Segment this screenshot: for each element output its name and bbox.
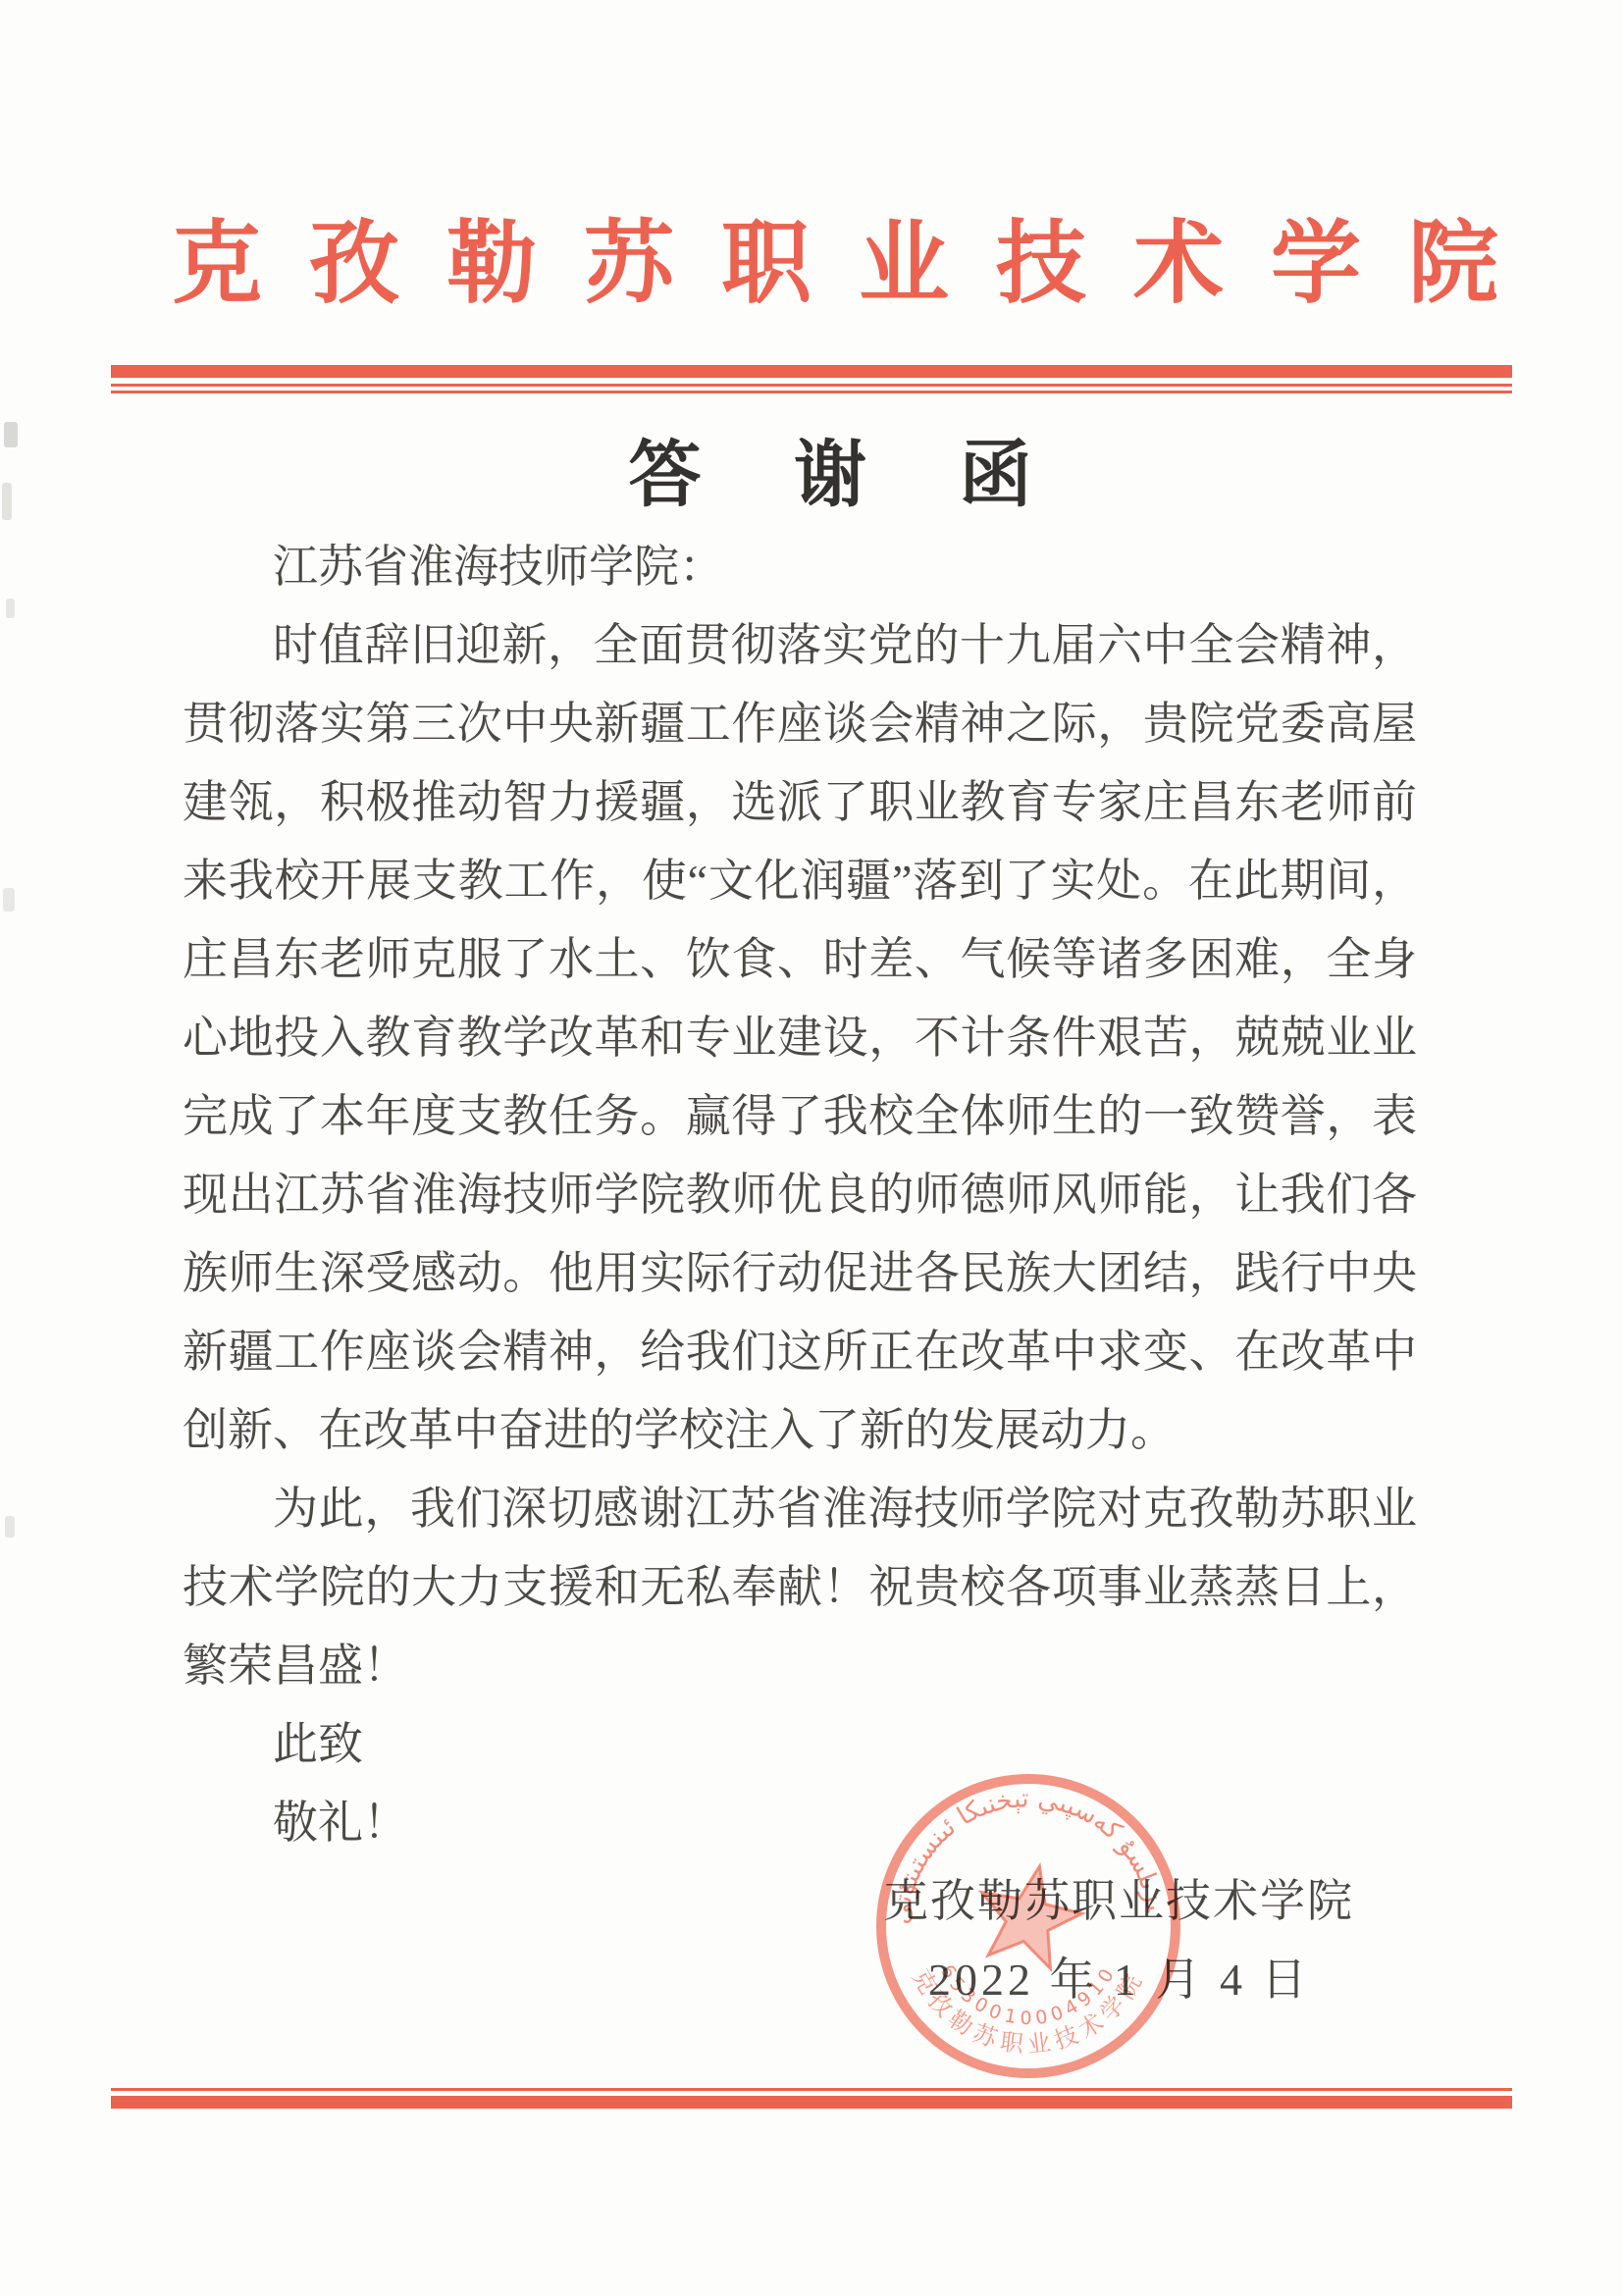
- scan-artifact: [4, 422, 18, 447]
- signature-institution: 克孜勒苏职业技术学院: [183, 1862, 1417, 1941]
- closing-salute: 敬礼！: [183, 1784, 1417, 1862]
- letter-body: 江苏省淮海技师学院： 时值辞旧迎新，全面贯彻落实党的十九届六中全会精神，贯彻落实…: [183, 528, 1417, 2019]
- letterhead-rule-thick: [111, 365, 1512, 378]
- body-paragraph-2: 为此，我们深切感谢江苏省淮海技师学院对克孜勒苏职业技术学院的大力支援和无私奉献！…: [183, 1470, 1417, 1705]
- scan-artifact: [6, 599, 15, 618]
- scan-artifact: [5, 1516, 15, 1538]
- letterhead-institution-name: 克孜勒苏职业技术学院: [0, 191, 1623, 321]
- footer-rule-thick: [111, 2096, 1512, 2109]
- letterhead-rules: [111, 365, 1512, 393]
- letter-title: 答 谢 函: [0, 417, 1623, 521]
- body-paragraph-1: 时值辞旧迎新，全面贯彻落实党的十九届六中全会精神，贯彻落实第三次中央新疆工作座谈…: [183, 606, 1417, 1470]
- signature-date: 2022 年 1 月 4 日: [183, 1941, 1417, 2019]
- recipient-line: 江苏省淮海技师学院：: [183, 528, 1417, 606]
- scan-artifact: [3, 888, 15, 912]
- closing-salute-lead: 此致: [183, 1705, 1417, 1784]
- scanned-letter-page: 克孜勒苏职业技术学院 答 谢 函 江苏省淮海技师学院： 时值辞旧迎新，全面贯彻落…: [0, 0, 1623, 2296]
- scan-artifact: [2, 483, 12, 520]
- letterhead-rule-thin-2: [111, 391, 1512, 393]
- footer-rules: [111, 2088, 1512, 2109]
